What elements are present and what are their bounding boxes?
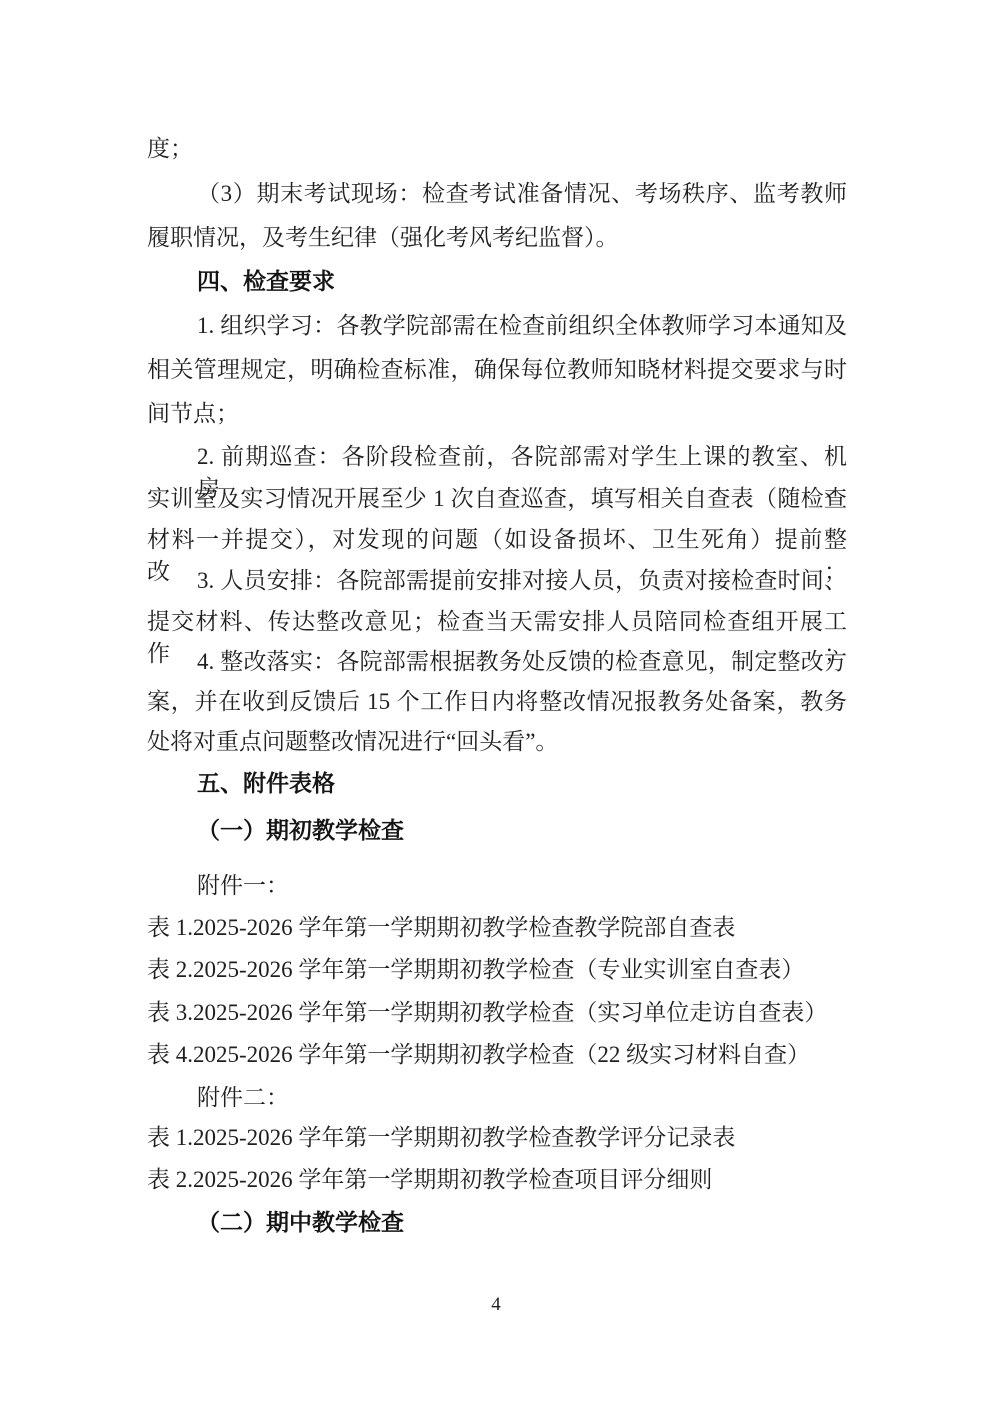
body-line: 间节点； — [147, 398, 847, 430]
attachment-item: 表 2.2025-2026 学年第一学期期初教学检查（专业实训室自查表） — [147, 954, 847, 986]
page-number: 4 — [0, 1294, 992, 1316]
body-line: 履职情况，及考生纪律（强化考风考纪监督）。 — [147, 222, 847, 254]
body-line: 1. 组织学习：各教学院部需在检查前组织全体教师学习本通知及 — [147, 310, 847, 342]
attachment-item: 表 1.2025-2026 学年第一学期期初教学检查教学评分记录表 — [147, 1122, 847, 1154]
body-line: 4. 整改落实：各院部需根据教务处反馈的检查意见，制定整改方 — [147, 646, 847, 678]
body-line: 相关管理规定，明确检查标准，确保每位教师知晓材料提交要求与时 — [147, 354, 847, 386]
attachment-item: 表 3.2025-2026 学年第一学期期初教学检查（实习单位走访自查表） — [147, 997, 847, 1029]
document-page: 度； （3）期末考试现场：检查考试准备情况、考场秩序、监考教师 履职情况，及考生… — [0, 0, 992, 1403]
body-line: 2. 前期巡查：各阶段检查前，各院部需对学生上课的教室、机房、 — [147, 441, 847, 473]
body-line: 3. 人员安排：各院部需提前安排对接人员，负责对接检查时间、 — [147, 565, 847, 597]
section-heading: 四、检查要求 — [147, 266, 847, 298]
attachment-heading: 附件一： — [147, 870, 847, 902]
attachment-item: 表 1.2025-2026 学年第一学期期初教学检查教学院部自查表 — [147, 912, 847, 944]
section-heading: 五、附件表格 — [147, 768, 847, 800]
attachment-heading: 附件二： — [147, 1082, 847, 1114]
body-line: 材料一并提交），对发现的问题（如设备损坏、卫生死角）提前整改； — [147, 524, 847, 556]
attachment-item: 表 4.2025-2026 学年第一学期期初教学检查（22 级实习材料自查） — [147, 1039, 847, 1071]
body-line: （3）期末考试现场：检查考试准备情况、考场秩序、监考教师 — [147, 178, 847, 210]
body-line: 度； — [147, 133, 847, 165]
subsection-heading: （二）期中教学检查 — [147, 1207, 847, 1239]
body-line: 案，并在收到反馈后 15 个工作日内将整改情况报教务处备案，教务 — [147, 686, 847, 718]
subsection-heading: （一）期初教学检查 — [147, 815, 847, 847]
attachment-item: 表 2.2025-2026 学年第一学期期初教学检查项目评分细则 — [147, 1164, 847, 1196]
body-line: 提交材料、传达整改意见；检查当天需安排人员陪同检查组开展工作； — [147, 606, 847, 638]
body-line: 实训室及实习情况开展至少 1 次自查巡查，填写相关自查表（随检查 — [147, 483, 847, 515]
body-line: 处将对重点问题整改情况进行“回头看”。 — [147, 726, 847, 758]
